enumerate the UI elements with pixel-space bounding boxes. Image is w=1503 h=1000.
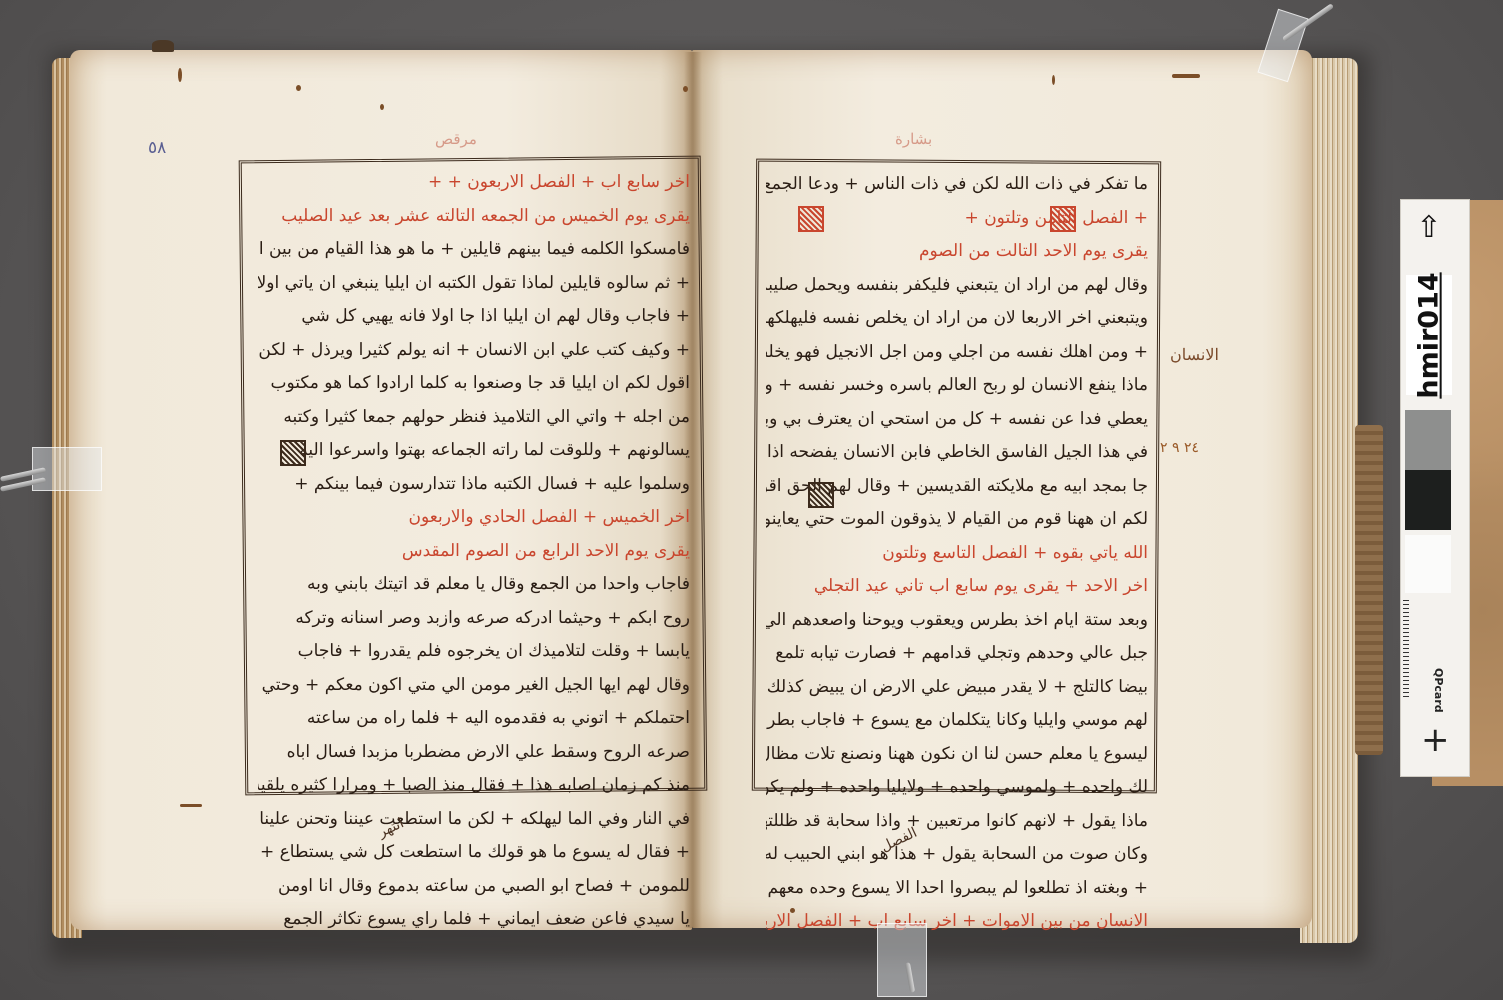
text-line: فاجاب واحدا من الجمع وقال يا معلم قد اتي… <box>258 568 690 602</box>
text-line: منذ كم زمان اصابه هذا + فقال منذ الصبا +… <box>258 769 690 803</box>
card-label: hmir014 <box>1406 275 1452 395</box>
text-line: فامسكوا الكلمه فيما بينهم قايلين + ما هو… <box>258 233 690 267</box>
stain <box>296 85 301 91</box>
ruler-scale <box>1403 600 1409 700</box>
text-line: وسلموا عليه + فسال الكتبه ماذا تتدارسون … <box>258 468 690 502</box>
stain <box>180 804 202 807</box>
text-line: وقال لهم من اراد ان يتبعني فليكفر بنفسه … <box>766 269 1148 303</box>
clip-tab-bottom <box>877 923 927 997</box>
text-line: ماذا يقول + لانهم كانوا مرتعبين + واذا س… <box>766 805 1148 839</box>
margin-numeral: ٢٤ ٩ ٢ <box>1160 440 1199 456</box>
text-line: ويتبعني اخر الاربعا لان من اراد ان يخلص … <box>766 302 1148 336</box>
rubric-line: الله ياتي بقوه + الفصل التاسع وتلتون <box>766 537 1148 571</box>
black-swatch <box>1405 470 1451 530</box>
ornament-icon <box>280 440 306 466</box>
color-reference-card: ⇧ hmir014 QPcard + <box>1400 199 1470 777</box>
text-line: لك واحده + ولموسي واحده + ولايليا واحده … <box>766 771 1148 805</box>
text-line: يابسا + وقلت لتلاميذك ان يخرجوه فلم يقدر… <box>258 635 690 669</box>
text-line: اخر سابع اب + الفصل الاربعون + + <box>258 166 690 200</box>
text-line: احتملكم + اتوني به فقدموه اليه + فلما را… <box>258 702 690 736</box>
text-line: + وبغته اذ تطلعوا لم يبصروا احدا الا يسو… <box>766 872 1148 906</box>
text-line: جبل عالي وحدهم وتجلي قدامهم + فصارت تياب… <box>766 637 1148 671</box>
text-line: + فقال له يسوع ما هو قولك ما استطعت كل ش… <box>258 836 690 870</box>
crosshair-icon: + <box>1421 720 1450 760</box>
running-header-left: مرقص <box>435 130 477 148</box>
running-header-right: بشارة <box>895 130 932 148</box>
rubric-line: الانسان من بين الاموات + اخر سابع اب + ا… <box>766 905 1148 939</box>
leather-strap <box>1355 425 1383 755</box>
ornament-icon <box>808 482 834 508</box>
text-line: من اجله + واتي الي التلاميذ فنظر حولهم ج… <box>258 401 690 435</box>
text-line: وقال لهم ايها الجيل الغير مومن الي متي ا… <box>258 669 690 703</box>
text-line: ما تفكر في ذات الله لكن في ذات الناس + و… <box>766 168 1148 202</box>
text-line: + ومن اهلك نفسه من اجلي ومن اجل الانجيل … <box>766 336 1148 370</box>
text-line: + فاجاب وقال لهم ان ايليا اذا جا اولا فا… <box>258 300 690 334</box>
shelfmark-label: hmir014 <box>1414 272 1445 398</box>
rubric-line: يقرى يوم الاحد التالت من الصوم <box>766 235 1148 269</box>
text-line: ليسوع يا معلم حسن لنا ان نكون ههنا ونصنع… <box>766 738 1148 772</box>
rubric-line: اخر الاحد + يقرى يوم سابع اب تاني عيد ال… <box>766 570 1148 604</box>
text-line: لهم موسي وايليا وكانا يتكلمان مع يسوع + … <box>766 704 1148 738</box>
text-line: + ثم سالوه قايلين لماذا تقول الكتبه ان ا… <box>258 267 690 301</box>
text-line: صرعه الروح وسقط علي الارض مضطربا مزبدا ف… <box>258 736 690 770</box>
text-line: وبعد ستة ايام اخذ بطرس ويعقوب ويوحنا واص… <box>766 604 1148 638</box>
binding-fragment <box>152 40 174 52</box>
text-line: للمومن + فصاح ابو الصبي من ساعته بدموع و… <box>258 870 690 904</box>
white-swatch <box>1405 535 1451 593</box>
stain <box>1172 74 1200 78</box>
rubric-line: يقرى يوم الاحد الرابع من الصوم المقدس <box>258 535 690 569</box>
card-brand: QPcard <box>1432 668 1445 713</box>
text-line: اقول لكم ان ايليا قد جا وصنعوا به كلما ا… <box>258 367 690 401</box>
text-line: يعطي فدا عن نفسه + كل من استحي ان يعترف … <box>766 403 1148 437</box>
left-page-text: اخر سابع اب + الفصل الاربعون + + يقرى يو… <box>258 166 690 937</box>
rubric-line: يقرى يوم الخميس من الجمعه التالته عشر بع… <box>258 200 690 234</box>
ornament-icon <box>1050 206 1076 232</box>
text-line: وكان صوت من السحابة يقول + هذا هو ابني ا… <box>766 838 1148 872</box>
text-line: في هذا الجيل الفاسق الخاطي فابن الانسان … <box>766 436 1148 470</box>
ornament-icon <box>798 206 824 232</box>
text-line: روح ابكم + وحيثما ادركه صرعه وازبد وصر ا… <box>258 602 690 636</box>
text-line: بيضا كالتلج + لا يقدر مبيض علي الارض ان … <box>766 671 1148 705</box>
rubric-line: اخر الخميس + الفصل الحادي والاربعون <box>258 501 690 535</box>
stain <box>683 86 688 92</box>
stain <box>380 104 384 110</box>
text-line: يا سيدي فاعن ضعف ايماني + فلما راي يسوع … <box>258 903 690 937</box>
right-page-text: ما تفكر في ذات الله لكن في ذات الناس + و… <box>766 168 1148 939</box>
text-line: في النار وفي الما ليهلكه + لكن ما استطعت… <box>258 803 690 837</box>
folio-number: ٥٨ <box>148 138 166 158</box>
gray-swatch <box>1405 410 1451 470</box>
text-line: + وكيف كتب علي ابن الانسان + انه يولم كث… <box>258 334 690 368</box>
margin-note: الانسان <box>1170 345 1219 364</box>
up-arrow-icon: ⇧ <box>1409 206 1449 248</box>
text-line: ماذا ينفع الانسان لو ربح العالم باسره وخ… <box>766 369 1148 403</box>
stain <box>178 68 182 82</box>
text-line: لكم ان ههنا قوم من القيام لا يذوقون المو… <box>766 503 1148 537</box>
text-line: يسالونهم + وللوقت لما راته الجماعه بهتوا… <box>258 434 690 468</box>
stain <box>1052 75 1055 85</box>
